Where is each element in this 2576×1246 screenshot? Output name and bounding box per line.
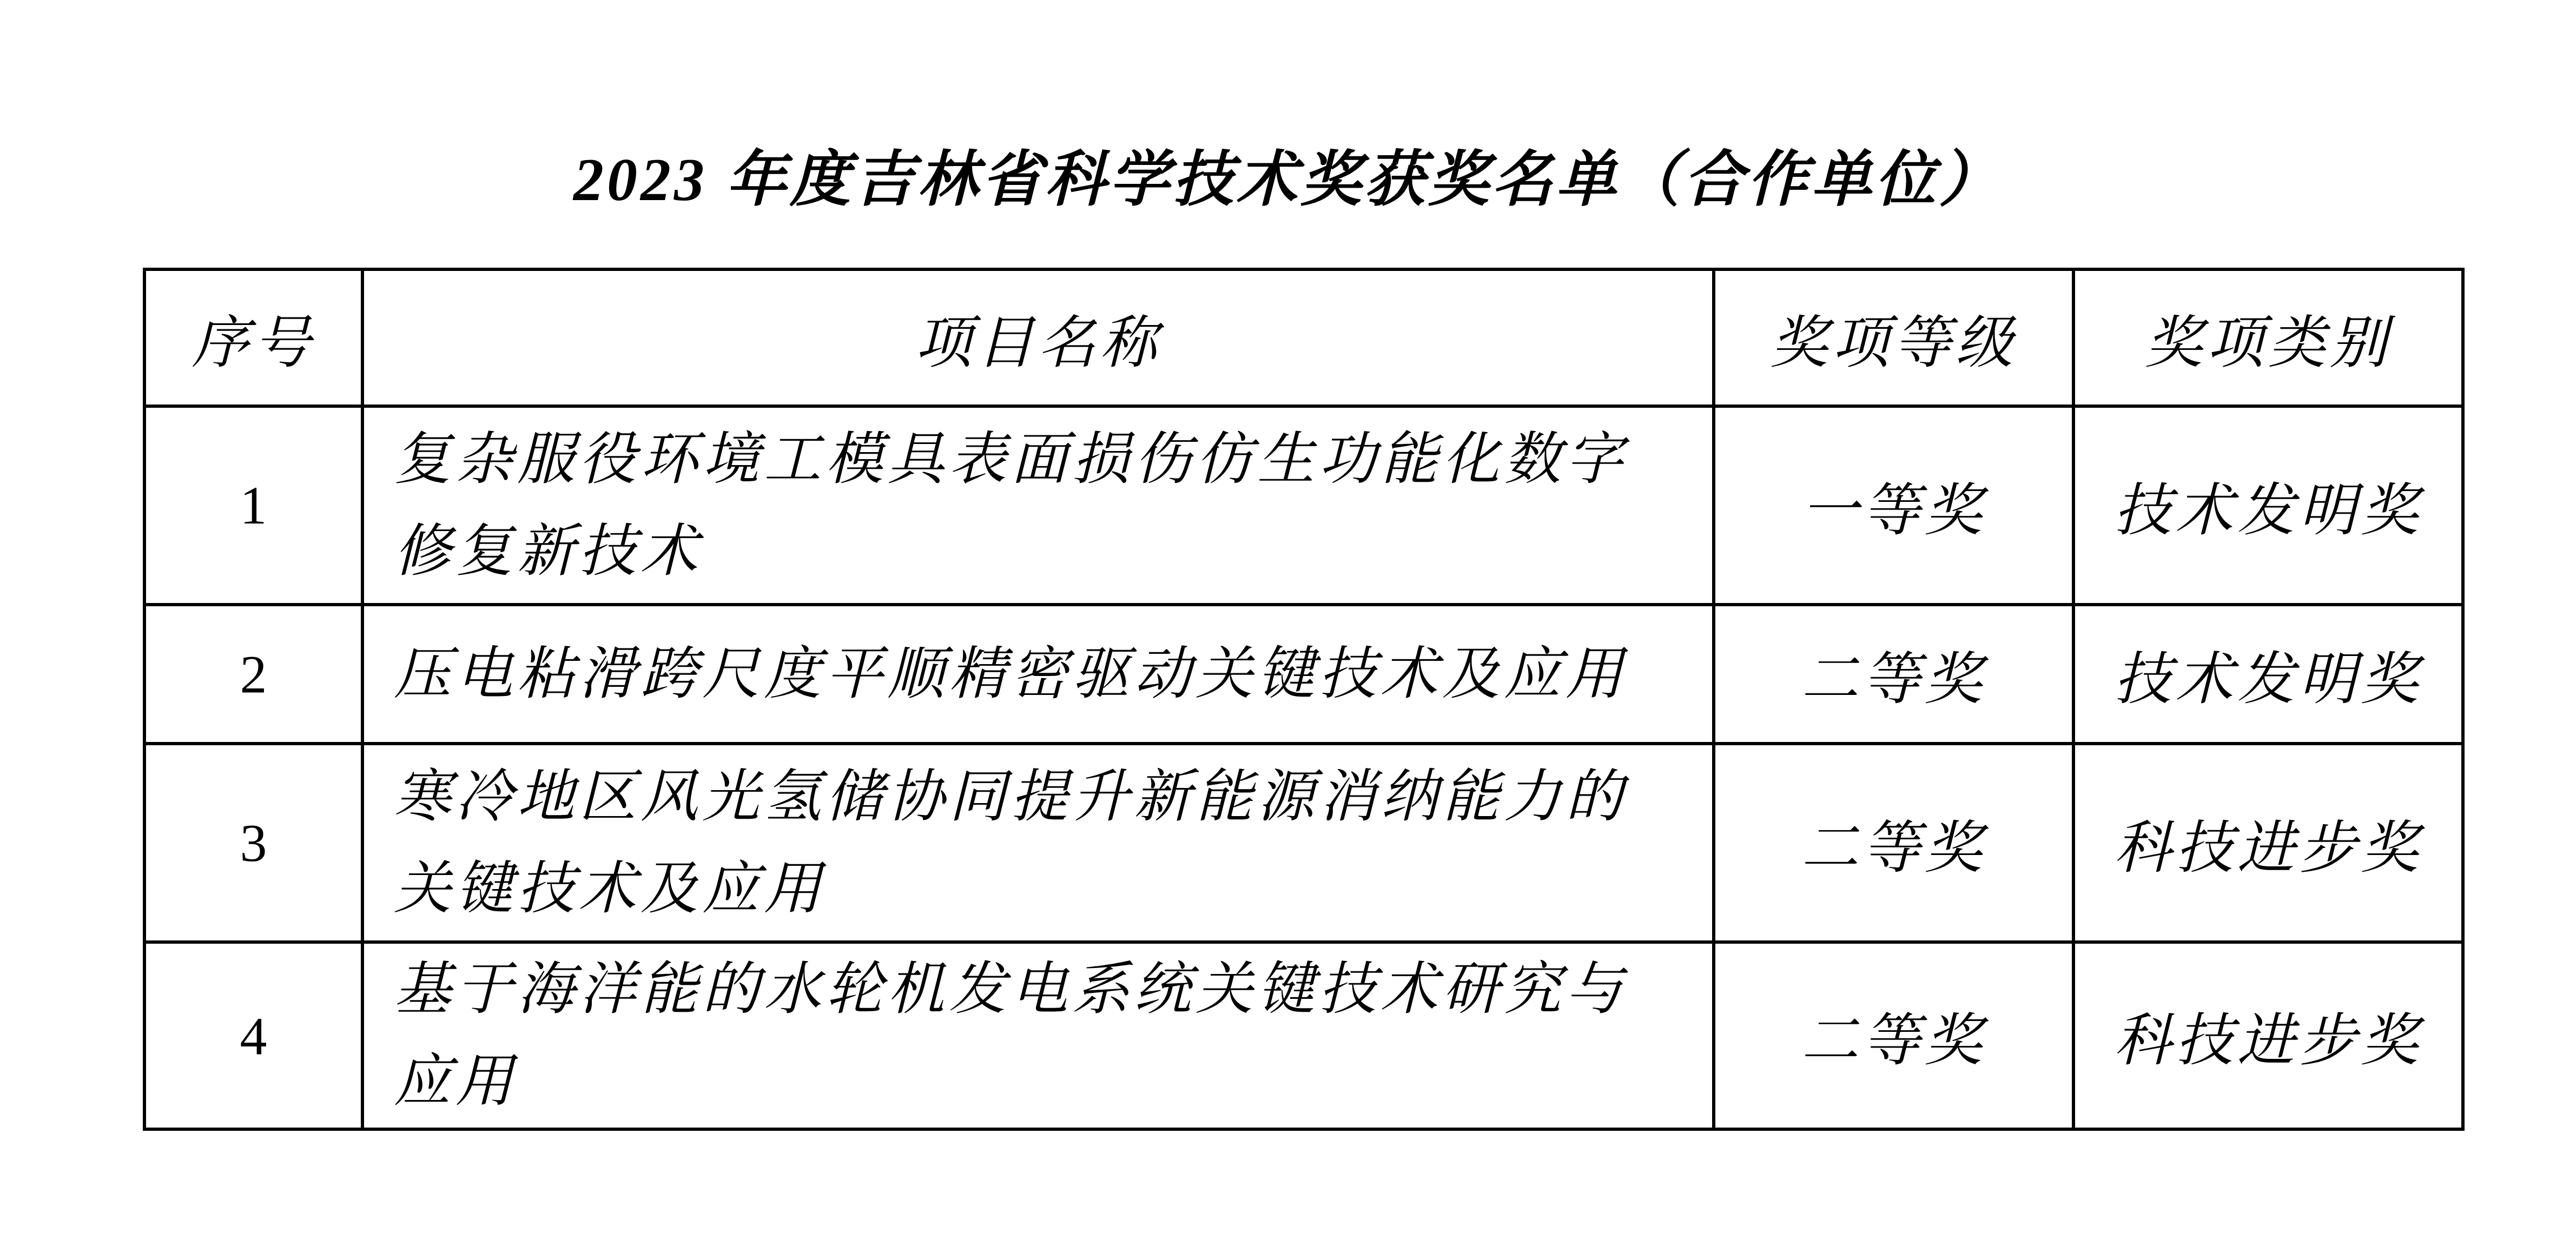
award-category-cell: 科技进步奖 (2073, 942, 2463, 1129)
award-level-cell: 二等奖 (1714, 942, 2073, 1129)
row-number-cell: 2 (144, 605, 362, 744)
table-row: 2 压电粘滑跨尺度平顺精密驱动关键技术及应用 二等奖 技术发明奖 (144, 605, 2463, 744)
award-level-cell: 二等奖 (1714, 744, 2073, 942)
award-level-cell: 一等奖 (1714, 406, 2073, 605)
header-cell-award-level: 奖项等级 (1714, 269, 2073, 406)
project-name-cell: 寒冷地区风光氢储协同提升新能源消纳能力的关键技术及应用 (362, 744, 1714, 942)
document-title: 2023 年度吉林省科学技术奖获奖名单（合作单位） (0, 131, 2576, 218)
header-cell-project-name: 项目名称 (362, 269, 1714, 406)
award-level-cell: 二等奖 (1714, 605, 2073, 744)
project-name-cell: 基于海洋能的水轮机发电系统关键技术研究与应用 (362, 942, 1714, 1129)
header-cell-award-category: 奖项类别 (2073, 269, 2463, 406)
project-name-cell: 复杂服役环境工模具表面损伤仿生功能化数字修复新技术 (362, 406, 1714, 605)
table-row: 3 寒冷地区风光氢储协同提升新能源消纳能力的关键技术及应用 二等奖 科技进步奖 (144, 744, 2463, 942)
table-row: 4 基于海洋能的水轮机发电系统关键技术研究与应用 二等奖 科技进步奖 (144, 942, 2463, 1129)
table-row: 1 复杂服役环境工模具表面损伤仿生功能化数字修复新技术 一等奖 技术发明奖 (144, 406, 2463, 605)
project-name-cell: 压电粘滑跨尺度平顺精密驱动关键技术及应用 (362, 605, 1714, 744)
table-header-row: 序号 项目名称 奖项等级 奖项类别 (144, 269, 2463, 406)
row-number-cell: 1 (144, 406, 362, 605)
award-category-cell: 科技进步奖 (2073, 744, 2463, 942)
award-table: 序号 项目名称 奖项等级 奖项类别 1 复杂服役环境工模具表面损伤仿生功能化数字… (143, 268, 2465, 1131)
header-cell-serial-number: 序号 (144, 269, 362, 406)
award-category-cell: 技术发明奖 (2073, 406, 2463, 605)
award-category-cell: 技术发明奖 (2073, 605, 2463, 744)
row-number-cell: 3 (144, 744, 362, 942)
row-number-cell: 4 (144, 942, 362, 1129)
